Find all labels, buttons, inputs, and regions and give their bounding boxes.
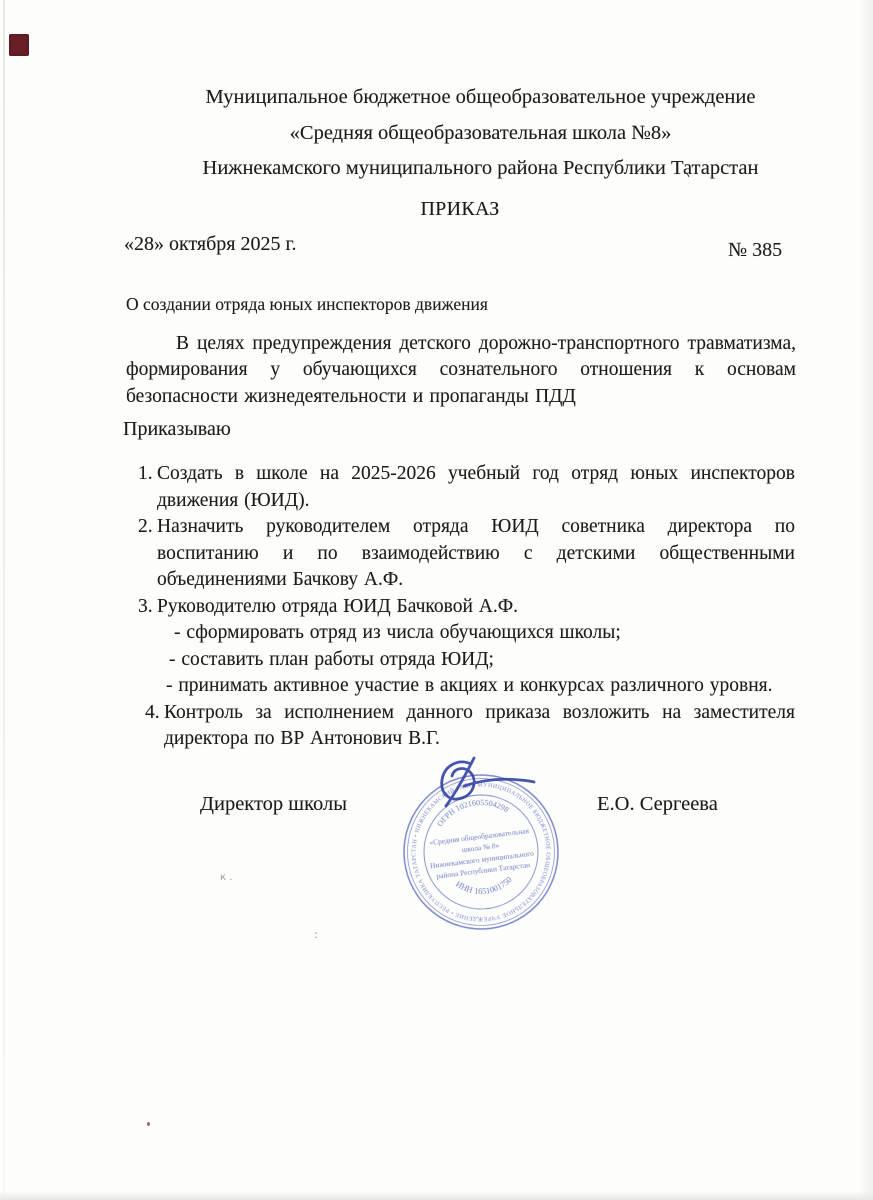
list-subitem: - принимать активное участие в акциях и … bbox=[138, 673, 795, 700]
decree-word: Приказываю bbox=[123, 418, 231, 441]
scan-speck-mark: к . bbox=[220, 872, 232, 883]
list-item: 3. Руководителю отряда ЮИД Бачковой А.Ф. bbox=[138, 594, 795, 621]
scan-right-edge bbox=[859, 0, 873, 1200]
document-date: «28» октября 2025 г. bbox=[124, 233, 296, 256]
scan-speck-mark: : bbox=[314, 928, 318, 941]
item-number: 4. bbox=[145, 700, 164, 727]
signature-graphic bbox=[408, 750, 558, 830]
item-number: 1. bbox=[138, 461, 157, 488]
document-title: ПРИКАЗ bbox=[124, 198, 796, 221]
item-number: 2. bbox=[138, 514, 157, 541]
scan-speck-dot bbox=[147, 1122, 150, 1126]
document-subject: О создании отряда юных инспекторов движе… bbox=[126, 294, 488, 315]
handwritten-signature bbox=[408, 750, 558, 830]
list-item: 2. Назначить руководителем отряда ЮИД со… bbox=[138, 514, 795, 594]
list-subitem: - сформировать отряд из числа обучающихс… bbox=[138, 620, 795, 647]
subitem-text: - сформировать отряд из числа обучающихс… bbox=[157, 620, 795, 647]
scanned-order-page: Муниципальное бюджетное общеобразователь… bbox=[0, 0, 873, 1200]
item-text: Контроль за исполнением данного приказа … bbox=[164, 700, 795, 753]
scan-corner-artifact bbox=[9, 34, 29, 56]
organization-header: Муниципальное бюджетное общеобразователь… bbox=[150, 80, 811, 187]
list-item: 1. Создать в школе на 2025-2026 учебный … bbox=[138, 461, 795, 514]
list-subitem: - составить план работы отряда ЮИД; bbox=[138, 647, 795, 674]
scan-bottom-edge bbox=[0, 1191, 873, 1200]
subitem-text: - принимать активное участие в акциях и … bbox=[157, 673, 795, 700]
org-name-line2: «Средняя общеобразовательная школа №8» bbox=[150, 116, 811, 152]
list-item: 4. Контроль за исполнением данного прика… bbox=[138, 700, 795, 753]
signature-name: Е.О. Сергеева bbox=[597, 793, 718, 816]
org-name-line1: Муниципальное бюджетное общеобразователь… bbox=[150, 80, 811, 116]
stamp-center-line2: школа № 8» bbox=[461, 841, 500, 855]
signature-role: Директор школы bbox=[200, 793, 347, 816]
scan-left-edge bbox=[3, 0, 5, 1200]
subitem-text: - составить план работы отряда ЮИД; bbox=[157, 647, 795, 674]
item-text: Руководителю отряда ЮИД Бачковой А.Ф. bbox=[157, 594, 795, 621]
document-number: № 385 bbox=[728, 239, 782, 262]
order-items-list: 1. Создать в школе на 2025-2026 учебный … bbox=[138, 461, 795, 753]
item-number: 3. bbox=[138, 594, 157, 621]
org-name-line3: Нижнекамского муниципального района Респ… bbox=[150, 151, 811, 187]
item-text: Назначить руководителем отряда ЮИД совет… bbox=[157, 514, 795, 594]
item-text: Создать в школе на 2025-2026 учебный год… bbox=[157, 461, 795, 514]
preamble-paragraph: В целях предупреждения детского дорожно-… bbox=[126, 331, 796, 410]
